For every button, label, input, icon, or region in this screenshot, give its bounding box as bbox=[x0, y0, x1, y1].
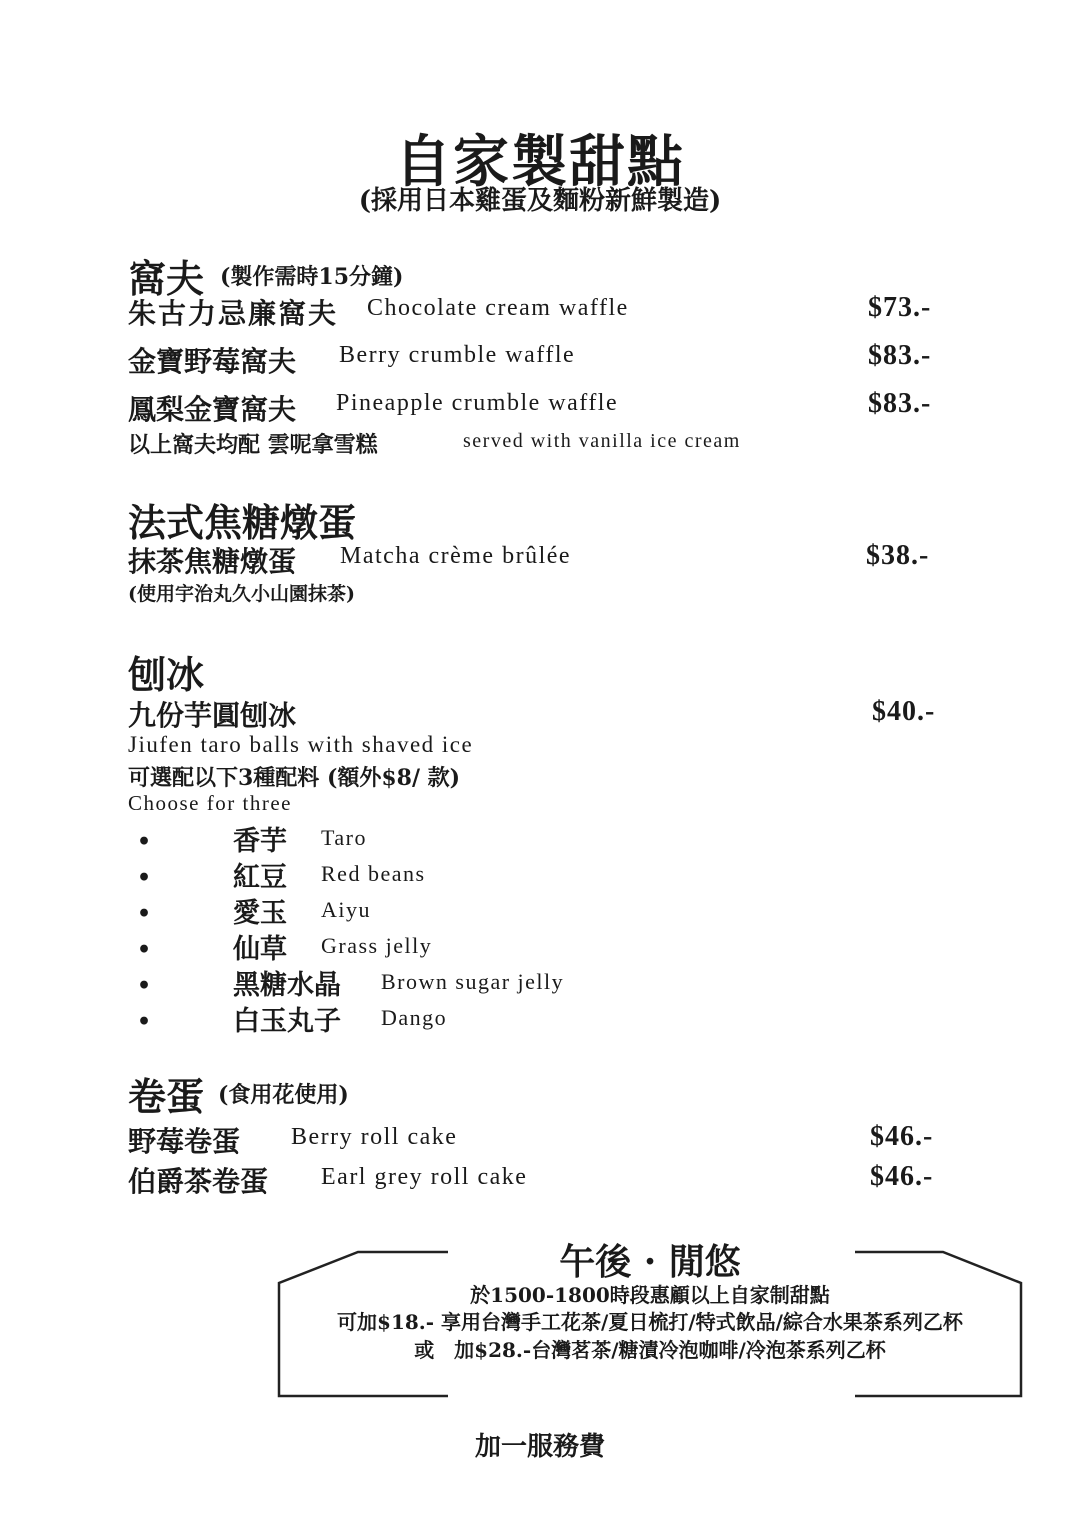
promo-box-title: 午後 · 閒悠 bbox=[279, 1234, 1021, 1285]
promo-line-2: 可加$18.- 享用台灣手工花茶/夏日梳打/特式飲品/綜合水果茶系列乙杯 bbox=[279, 1306, 1021, 1335]
service-charge-note: 加一服務費 bbox=[0, 1426, 1080, 1463]
promo-line-1: 於1500-1800時段惠顧以上自家制甜點 bbox=[279, 1279, 1021, 1308]
promo-line-3: 或 加$28.-台灣茗茶/糖漬冷泡咖啡/冷泡茶系列乙杯 bbox=[279, 1334, 1021, 1363]
